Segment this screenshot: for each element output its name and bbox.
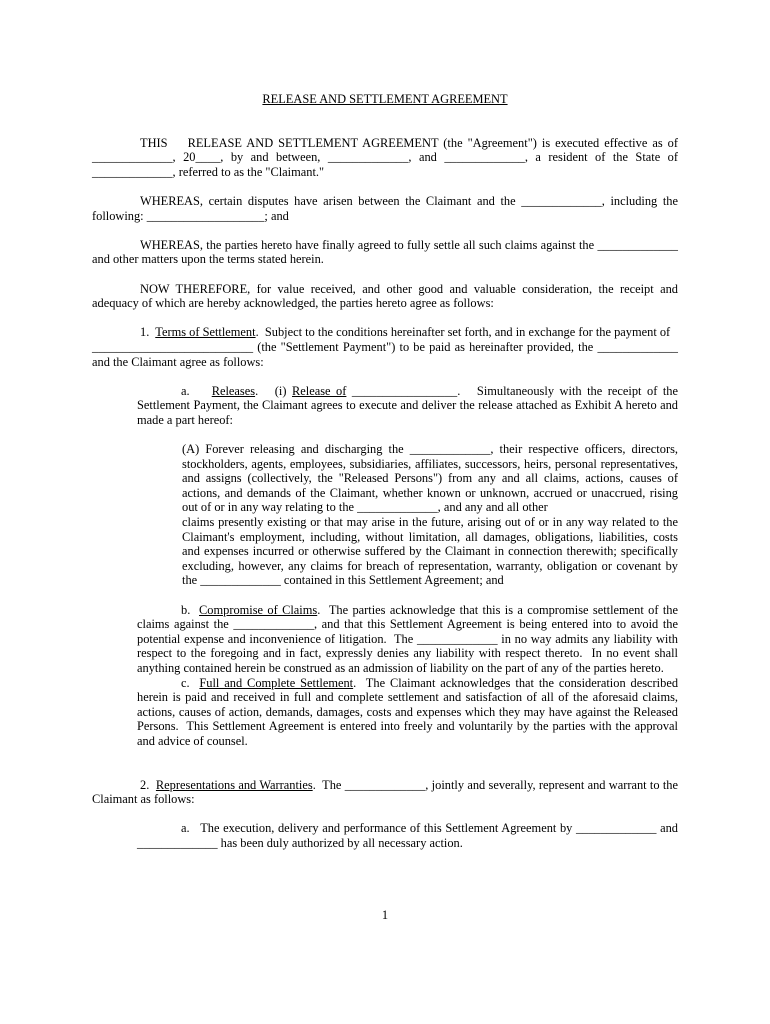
page-number: 1 <box>0 908 770 923</box>
paragraph: 1. Terms of Settlement. Subject to the c… <box>92 325 678 369</box>
paragraph: THIS RELEASE AND SETTLEMENT AGREEMENT (t… <box>92 136 678 180</box>
text-run: THIS RELEASE AND SETTLEMENT AGREEMENT (t… <box>92 136 681 179</box>
underlined-run: Representations and Warranties <box>156 778 313 792</box>
text-run: WHEREAS, certain disputes have arisen be… <box>92 194 681 223</box>
underlined-run: Terms of Settlement <box>155 325 255 339</box>
text-run: (A) Forever releasing and discharging th… <box>182 442 681 587</box>
paragraph: NOW THEREFORE, for value received, and o… <box>92 282 678 311</box>
text-run: b. <box>181 603 199 617</box>
text-run: 2. <box>140 778 156 792</box>
text-run: a. <box>181 384 212 398</box>
text-run: WHEREAS, the parties hereto have finally… <box>92 238 681 267</box>
paragraph: a. The execution, delivery and performan… <box>137 821 678 850</box>
text-run: NOW THEREFORE, for value received, and o… <box>92 282 681 311</box>
text-run: 1. <box>140 325 155 339</box>
document-page: RELEASE AND SETTLEMENT AGREEMENT THIS RE… <box>0 0 770 1024</box>
underlined-run: Compromise of Claims <box>199 603 317 617</box>
text-run: c. <box>181 676 199 690</box>
document-content: RELEASE AND SETTLEMENT AGREEMENT THIS RE… <box>0 0 770 851</box>
paragraph: 2. Representations and Warranties. The _… <box>92 778 678 807</box>
document-title: RELEASE AND SETTLEMENT AGREEMENT <box>92 92 678 107</box>
paragraph: WHEREAS, certain disputes have arisen be… <box>92 194 678 223</box>
paragraph: WHEREAS, the parties hereto have finally… <box>92 238 678 267</box>
text-run: a. The execution, delivery and performan… <box>137 821 681 850</box>
document-body: THIS RELEASE AND SETTLEMENT AGREEMENT (t… <box>92 136 678 851</box>
text-run: . (i) <box>255 384 292 398</box>
paragraph: (A) Forever releasing and discharging th… <box>182 442 678 588</box>
underlined-run: Full and Complete Settlement <box>199 676 353 690</box>
underlined-run: Release of <box>292 384 346 398</box>
paragraph: a. Releases. (i) Release of ____________… <box>137 384 678 428</box>
underlined-run: Releases <box>212 384 255 398</box>
paragraph: b. Compromise of Claims. The parties ack… <box>137 603 678 676</box>
paragraph: c. Full and Complete Settlement. The Cla… <box>137 676 678 749</box>
